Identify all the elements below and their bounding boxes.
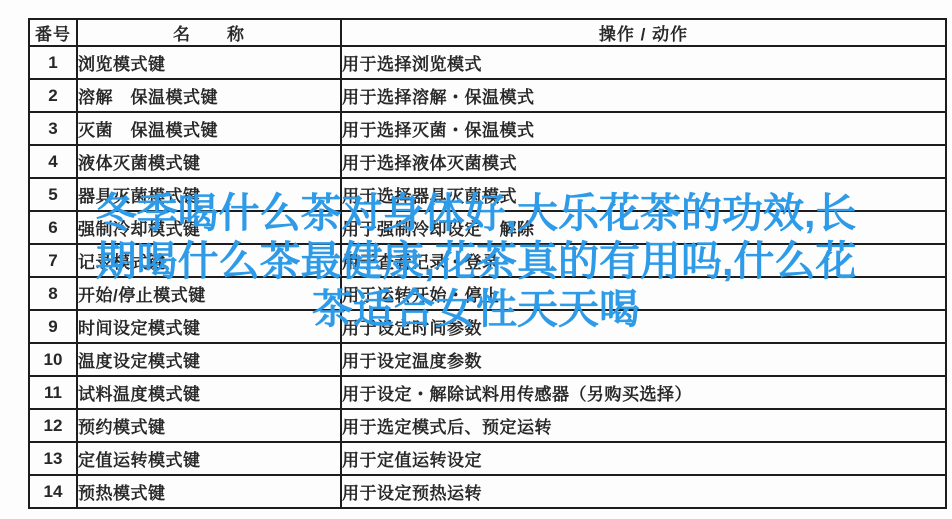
key-action-cell: 用于强制冷却设定・解除	[341, 211, 946, 244]
key-name-cell: 预约模式键	[77, 409, 341, 442]
key-name-cell: 定值运转模式键	[77, 442, 341, 475]
key-action-cell: 用于选择溶解・保温模式	[341, 79, 946, 112]
key-action-cell: 用于选择液体灭菌模式	[341, 145, 946, 178]
table-row: 11 试料温度模式键 用于设定・解除试料用传感器（另购买选择）	[29, 376, 946, 409]
key-name-cell: 强制冷却模式键	[77, 211, 341, 244]
key-name-cell: 器具灭菌模式键	[77, 178, 341, 211]
key-action-cell: 用于运转开始・停止	[341, 277, 946, 310]
key-action-cell: 用于选定模式后、预定运转	[341, 409, 946, 442]
key-action-cell: 用于设定温度参数	[341, 343, 946, 376]
key-action-cell: 用于选择浏览模式	[341, 46, 946, 79]
key-action-cell: 用于设定预热运转	[341, 475, 946, 508]
row-number-cell: 10	[29, 343, 77, 376]
row-number-cell: 6	[29, 211, 77, 244]
header-number-cell: 番号	[29, 19, 77, 46]
table-row: 13 定值运转模式键 用于定值运转设定	[29, 442, 946, 475]
key-name-cell: 时间设定模式键	[77, 310, 341, 343]
row-number-cell: 5	[29, 178, 77, 211]
row-number-cell: 7	[29, 244, 77, 277]
table-row: 7 记录模式键 用于查看记录・登录	[29, 244, 946, 277]
row-number-cell: 12	[29, 409, 77, 442]
table-row: 3 灭菌 保温模式键 用于选择灭菌・保温模式	[29, 112, 946, 145]
table-row: 4 液体灭菌模式键 用于选择液体灭菌模式	[29, 145, 946, 178]
table-row: 14 预热模式键 用于设定预热运转	[29, 475, 946, 508]
key-action-cell: 用于选择器具灭菌模式	[341, 178, 946, 211]
key-action-cell: 用于定值运转设定	[341, 442, 946, 475]
row-number-cell: 4	[29, 145, 77, 178]
row-number-cell: 14	[29, 475, 77, 508]
key-name-cell: 液体灭菌模式键	[77, 145, 341, 178]
scanned-manual-page: 番号 名 称 操作 / 动作 1 浏览模式键 用于选择浏览模式 2 溶解 保温模…	[0, 0, 952, 519]
key-name-cell: 灭菌 保温模式键	[77, 112, 341, 145]
table-row: 6 强制冷却模式键 用于强制冷却设定・解除	[29, 211, 946, 244]
key-name-cell: 开始/停止模式键	[77, 277, 341, 310]
header-action-cell: 操作 / 动作	[341, 19, 946, 46]
row-number-cell: 9	[29, 310, 77, 343]
key-name-cell: 温度设定模式键	[77, 343, 341, 376]
row-number-cell: 8	[29, 277, 77, 310]
row-number-cell: 3	[29, 112, 77, 145]
table-row: 12 预约模式键 用于选定模式后、预定运转	[29, 409, 946, 442]
header-name-cell: 名 称	[77, 19, 341, 46]
table-row: 10 温度设定模式键 用于设定温度参数	[29, 343, 946, 376]
table-row: 5 器具灭菌模式键 用于选择器具灭菌模式	[29, 178, 946, 211]
table-header-row: 番号 名 称 操作 / 动作	[29, 19, 946, 46]
table-row: 9 时间设定模式键 用于设定时间参数	[29, 310, 946, 343]
table-row: 1 浏览模式键 用于选择浏览模式	[29, 46, 946, 79]
key-name-cell: 预热模式键	[77, 475, 341, 508]
table-row: 8 开始/停止模式键 用于运转开始・停止	[29, 277, 946, 310]
table-row: 2 溶解 保温模式键 用于选择溶解・保温模式	[29, 79, 946, 112]
key-action-cell: 用于设定时间参数	[341, 310, 946, 343]
key-action-cell: 用于设定・解除试料用传感器（另购买选择）	[341, 376, 946, 409]
key-action-cell: 用于查看记录・登录	[341, 244, 946, 277]
key-name-cell: 浏览模式键	[77, 46, 341, 79]
row-number-cell: 1	[29, 46, 77, 79]
row-number-cell: 11	[29, 376, 77, 409]
key-action-cell: 用于选择灭菌・保温模式	[341, 112, 946, 145]
key-name-cell: 溶解 保温模式键	[77, 79, 341, 112]
key-name-cell: 试料温度模式键	[77, 376, 341, 409]
row-number-cell: 13	[29, 442, 77, 475]
key-name-cell: 记录模式键	[77, 244, 341, 277]
control-key-table: 番号 名 称 操作 / 动作 1 浏览模式键 用于选择浏览模式 2 溶解 保温模…	[28, 18, 947, 509]
row-number-cell: 2	[29, 79, 77, 112]
